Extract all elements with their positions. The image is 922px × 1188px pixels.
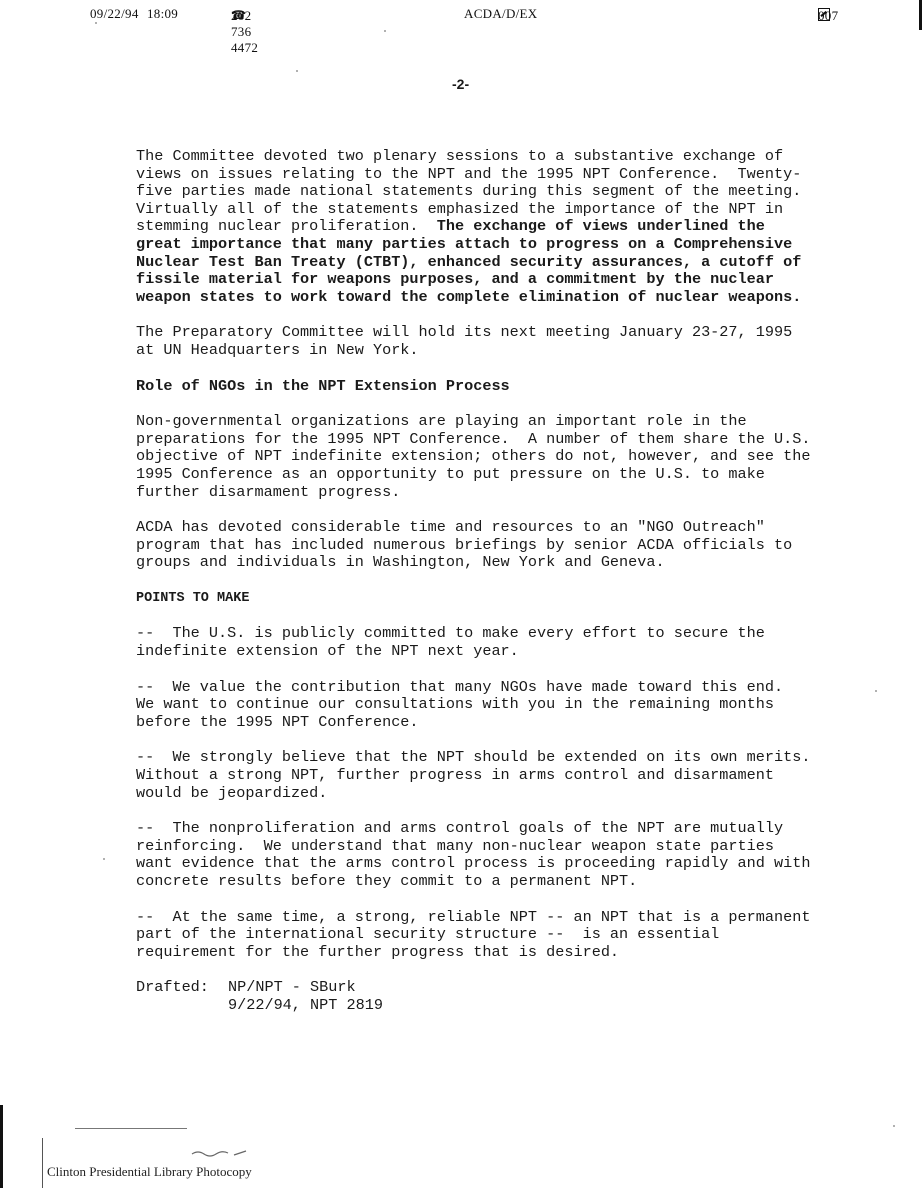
fax-office-code: ACDA/D/EX bbox=[464, 6, 537, 22]
paragraph-next-meeting: The Preparatory Committee will hold its … bbox=[136, 324, 816, 359]
fax-phone-number: 202 736 4472 bbox=[231, 8, 258, 56]
page-number: -2- bbox=[452, 76, 469, 92]
section-heading-ngo-role: Role of NGOs in the NPT Extension Proces… bbox=[136, 378, 816, 396]
footer-divider bbox=[75, 1128, 187, 1129]
paragraph-ngo-role: Non-governmental organizations are playi… bbox=[136, 413, 816, 501]
point-item: -- The nonproliferation and arms control… bbox=[136, 820, 816, 890]
paragraph-ngo-outreach: ACDA has devoted considerable time and r… bbox=[136, 519, 816, 572]
paragraph-committee-sessions: The Committee devoted two plenary sessio… bbox=[136, 148, 816, 306]
drafted-author: NP/NPT - SBurk bbox=[228, 979, 816, 997]
point-item: -- We strongly believe that the NPT shou… bbox=[136, 749, 816, 802]
scan-speck bbox=[296, 70, 298, 72]
fax-transmission-header: 09/22/94 18:09 ☎202 736 4472 ACDA/D/EX 0… bbox=[0, 4, 922, 26]
document-body: The Committee devoted two plenary sessio… bbox=[136, 148, 816, 1015]
scan-edge-mark bbox=[0, 1105, 3, 1188]
scan-speck bbox=[103, 858, 105, 860]
drafted-date-ref: 9/22/94, NPT 2819 bbox=[228, 997, 816, 1015]
scan-speck bbox=[95, 22, 97, 24]
fax-time: 18:09 bbox=[147, 6, 178, 22]
section-heading-points: POINTS TO MAKE bbox=[136, 590, 816, 608]
scribble-mark bbox=[190, 1148, 250, 1158]
stamp-border bbox=[42, 1138, 43, 1188]
library-photocopy-stamp: Clinton Presidential Library Photocopy bbox=[47, 1164, 252, 1180]
drafted-block: Drafted: NP/NPT - SBurk 9/22/94, NPT 281… bbox=[136, 979, 816, 1014]
point-item: -- At the same time, a strong, reliable … bbox=[136, 909, 816, 962]
scan-speck bbox=[384, 30, 386, 32]
scan-speck bbox=[893, 1125, 895, 1127]
fax-page-number: 007 bbox=[818, 8, 838, 24]
point-item: -- The U.S. is publicly committed to mak… bbox=[136, 625, 816, 660]
drafted-label: Drafted: bbox=[136, 979, 228, 997]
point-item: -- We value the contribution that many N… bbox=[136, 679, 816, 732]
fax-date: 09/22/94 bbox=[90, 6, 139, 22]
scan-speck bbox=[875, 690, 877, 692]
